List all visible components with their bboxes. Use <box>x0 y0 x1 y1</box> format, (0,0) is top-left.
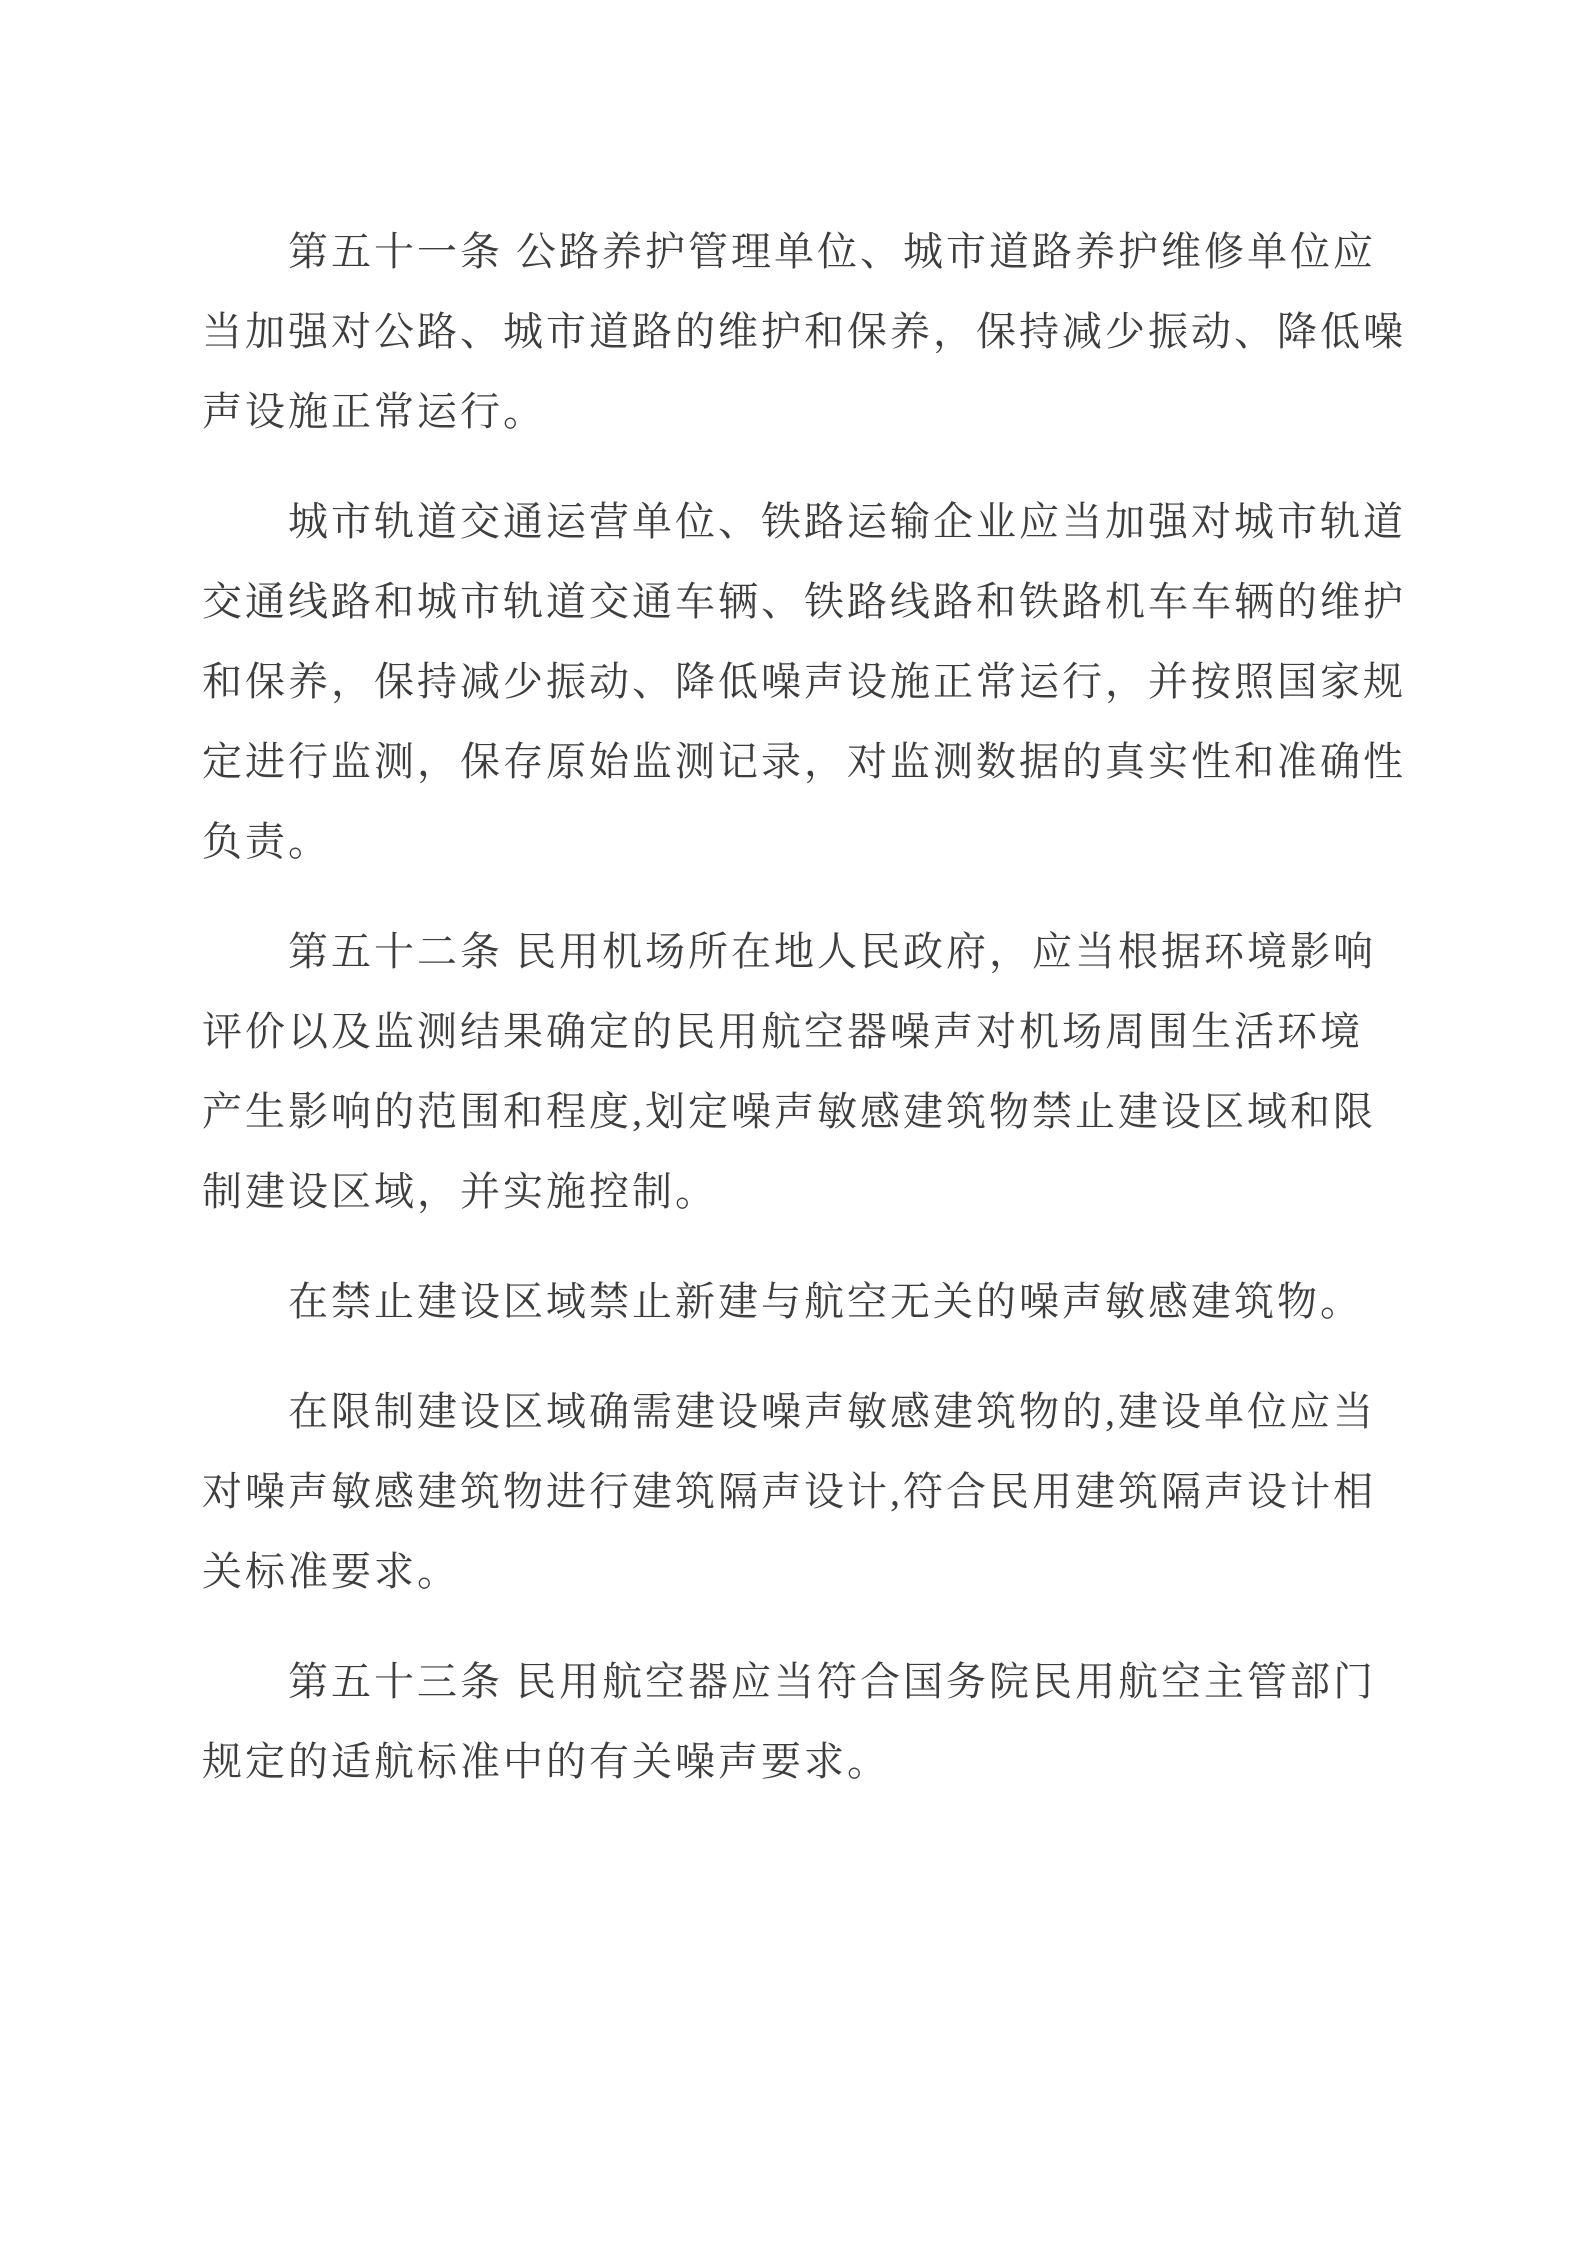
paragraph: 城市轨道交通运营单位、铁路运输企业应当加强对城市轨道交通线路和城市轨道交通车辆、… <box>202 482 1417 882</box>
text-line: 评价以及监测结果确定的民用航空器噪声对机场周围生活环境 <box>202 992 1417 1072</box>
text-line: 和保养，保持减少振动、降低噪声设施正常运行，并按照国家规 <box>202 642 1417 722</box>
text-line: 定进行监测，保存原始监测记录，对监测数据的真实性和准确性 <box>202 722 1417 802</box>
text-line: 对噪声敏感建筑物进行建筑隔声设计,符合民用建筑隔声设计相 <box>202 1452 1417 1532</box>
text-line: 第五十三条 民用航空器应当符合国务院民用航空主管部门 <box>202 1642 1417 1722</box>
paragraph: 第五十三条 民用航空器应当符合国务院民用航空主管部门规定的适航标准中的有关噪声要… <box>202 1642 1417 1802</box>
text-line: 城市轨道交通运营单位、铁路运输企业应当加强对城市轨道 <box>202 482 1417 562</box>
paragraph: 在禁止建设区域禁止新建与航空无关的噪声敏感建筑物。 <box>202 1262 1417 1342</box>
document-body: 第五十一条 公路养护管理单位、城市道路养护维修单位应当加强对公路、城市道路的维护… <box>202 212 1417 1832</box>
text-line: 制建设区域，并实施控制。 <box>202 1152 1417 1232</box>
text-line: 在禁止建设区域禁止新建与航空无关的噪声敏感建筑物。 <box>202 1262 1417 1342</box>
paragraph: 第五十二条 民用机场所在地人民政府，应当根据环境影响评价以及监测结果确定的民用航… <box>202 912 1417 1232</box>
text-line: 当加强对公路、城市道路的维护和保养，保持减少振动、降低噪 <box>202 292 1417 372</box>
text-line: 在限制建设区域确需建设噪声敏感建筑物的,建设单位应当 <box>202 1372 1417 1452</box>
text-line: 声设施正常运行。 <box>202 372 1417 452</box>
text-line: 规定的适航标准中的有关噪声要求。 <box>202 1722 1417 1802</box>
text-line: 产生影响的范围和程度,划定噪声敏感建筑物禁止建设区域和限 <box>202 1072 1417 1152</box>
text-line: 负责。 <box>202 802 1417 882</box>
text-line: 第五十一条 公路养护管理单位、城市道路养护维修单位应 <box>202 212 1417 292</box>
text-line: 关标准要求。 <box>202 1532 1417 1612</box>
document-page: 第五十一条 公路养护管理单位、城市道路养护维修单位应当加强对公路、城市道路的维护… <box>0 0 1587 2245</box>
paragraph: 第五十一条 公路养护管理单位、城市道路养护维修单位应当加强对公路、城市道路的维护… <box>202 212 1417 452</box>
text-line: 交通线路和城市轨道交通车辆、铁路线路和铁路机车车辆的维护 <box>202 562 1417 642</box>
paragraph: 在限制建设区域确需建设噪声敏感建筑物的,建设单位应当对噪声敏感建筑物进行建筑隔声… <box>202 1372 1417 1612</box>
text-line: 第五十二条 民用机场所在地人民政府，应当根据环境影响 <box>202 912 1417 992</box>
